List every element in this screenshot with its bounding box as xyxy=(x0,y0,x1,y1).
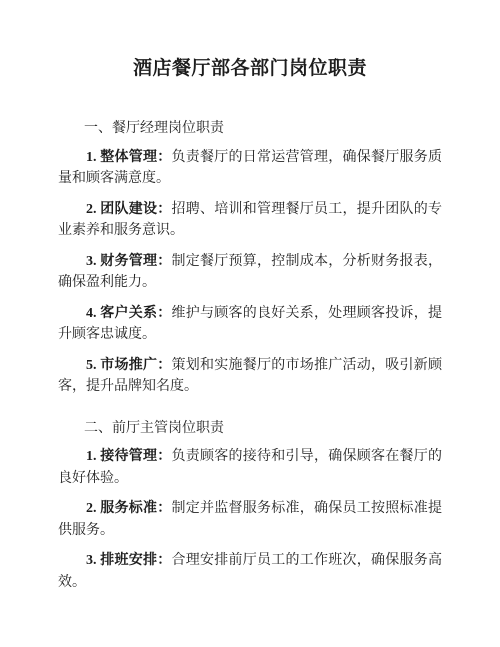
duty-term: 1. 整体管理： xyxy=(86,150,172,165)
document-page: 酒店餐厅部各部门岗位职责 一、餐厅经理岗位职责 1. 整体管理：负责餐厅的日常运… xyxy=(0,0,500,647)
duty-item: 3. 财务管理：制定餐厅预算，控制成本，分析财务报表，确保盈利能力。 xyxy=(58,251,442,294)
section-heading: 二、前厅主管岗位职责 xyxy=(58,418,442,440)
duty-term: 3. 财务管理： xyxy=(86,254,172,269)
duty-term: 1. 接待管理： xyxy=(86,449,172,464)
duty-term: 2. 服务标准： xyxy=(86,501,172,516)
duty-item: 3. 排班安排：合理安排前厅员工的工作班次，确保服务高效。 xyxy=(58,550,442,593)
duty-item: 2. 团队建设：招聘、培训和管理餐厅员工，提升团队的专业素养和服务意识。 xyxy=(58,199,442,242)
duty-item: 4. 客户关系：维护与顾客的良好关系，处理顾客投诉，提升顾客忠诚度。 xyxy=(58,303,442,346)
duty-item: 2. 服务标准：制定并监督服务标准，确保员工按照标准提供服务。 xyxy=(58,498,442,541)
duty-item: 5. 市场推广：策划和实施餐厅的市场推广活动，吸引新顾客，提升品牌知名度。 xyxy=(58,355,442,398)
duty-item: 1. 整体管理：负责餐厅的日常运营管理，确保餐厅服务质量和顾客满意度。 xyxy=(58,147,442,190)
duty-term: 4. 客户关系： xyxy=(86,306,172,321)
duty-term: 2. 团队建设： xyxy=(86,202,172,217)
section-restaurant-manager: 一、餐厅经理岗位职责 1. 整体管理：负责餐厅的日常运营管理，确保餐厅服务质量和… xyxy=(58,118,442,398)
document-title: 酒店餐厅部各部门岗位职责 xyxy=(58,56,442,82)
section-front-hall-supervisor: 二、前厅主管岗位职责 1. 接待管理：负责顾客的接待和引导，确保顾客在餐厅的良好… xyxy=(58,418,442,594)
duty-term: 3. 排班安排： xyxy=(86,553,172,568)
duty-term: 5. 市场推广： xyxy=(86,358,172,373)
duty-item: 1. 接待管理：负责顾客的接待和引导，确保顾客在餐厅的良好体验。 xyxy=(58,446,442,489)
section-heading: 一、餐厅经理岗位职责 xyxy=(58,118,442,140)
